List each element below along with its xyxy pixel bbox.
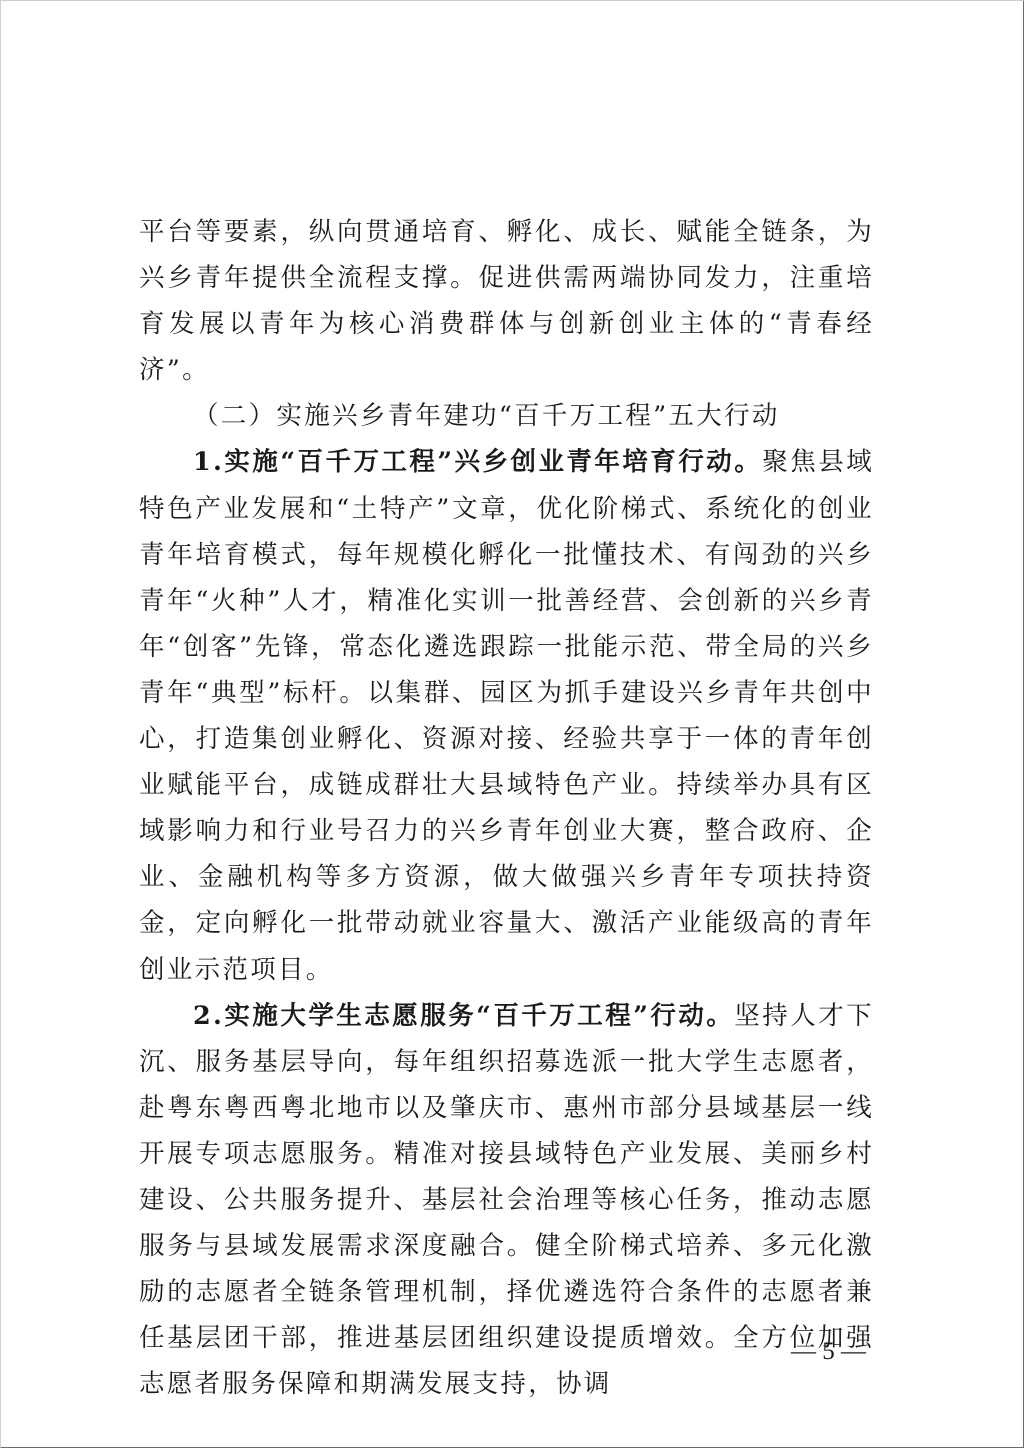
page-number: — 5 — <box>791 1338 866 1366</box>
item-2-body: 坚持人才下沉、服务基层导向，每年组织招募选派一批大学生志愿者，赴粤东粤西粤北地市… <box>139 1001 874 1400</box>
paragraph-item-2: 2.实施大学生志愿服务“百千万工程”行动。坚持人才下沉、服务基层导向，每年组织招… <box>139 993 874 1408</box>
paragraph-continuation: 平台等要素，纵向贯通培育、孵化、成长、赋能全链条，为兴乡青年提供全流程支撑。促进… <box>139 209 874 393</box>
item-2-lead: 2.实施大学生志愿服务“百千万工程”行动。 <box>193 1001 734 1031</box>
paragraph-item-1: 1.实施“百千万工程”兴乡创业青年培育行动。聚焦县域特色产业发展和“土特产”文章… <box>139 439 874 992</box>
body-text: 平台等要素，纵向贯通培育、孵化、成长、赋能全链条，为兴乡青年提供全流程支撑。促进… <box>139 209 874 1407</box>
document-page: 平台等要素，纵向贯通培育、孵化、成长、赋能全链条，为兴乡青年提供全流程支撑。促进… <box>0 0 1024 1448</box>
item-1-body: 聚焦县域特色产业发展和“土特产”文章，优化阶梯式、系统化的创业青年培育模式，每年… <box>139 447 874 984</box>
section-heading: （二）实施兴乡青年建功“百千万工程”五大行动 <box>139 393 874 439</box>
item-1-lead: 1.实施“百千万工程”兴乡创业青年培育行动。 <box>193 447 762 477</box>
